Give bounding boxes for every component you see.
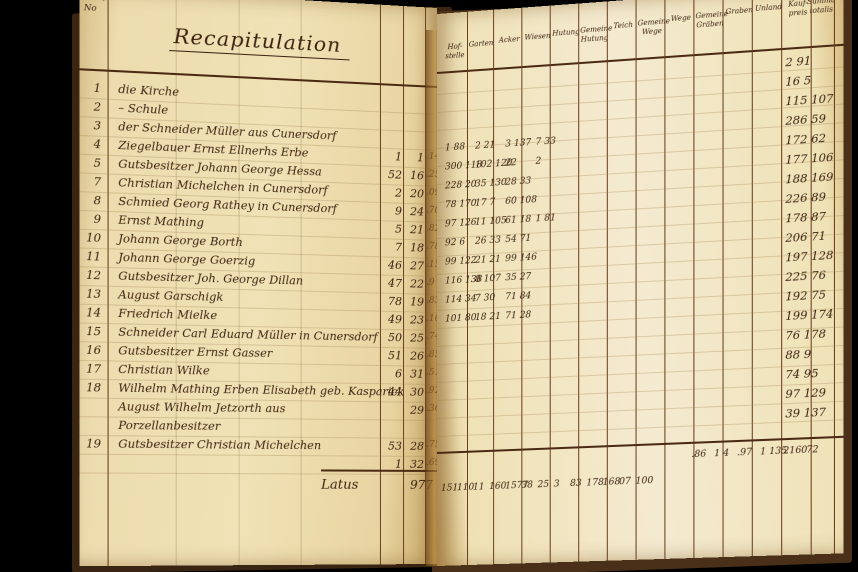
latus-value: 3: [554, 479, 560, 489]
column-header: Garten: [467, 38, 495, 49]
row-number: 13: [86, 287, 101, 301]
owner-name: Johann George Borth: [118, 232, 243, 249]
folio-no: 28: [404, 440, 424, 453]
folio-no: 19: [404, 295, 424, 309]
parcel-no: [382, 113, 402, 114]
cell-value: 1 81: [536, 213, 556, 224]
folio-no: [404, 114, 424, 115]
row-number: 17: [86, 362, 101, 376]
latus-value: 178: [586, 478, 604, 489]
cell-value: 7 30: [475, 293, 495, 304]
column-header-no: Lau-fende No: [84, 0, 128, 17]
cell-value: 71 28: [505, 310, 531, 321]
cell-value: 78 170: [445, 199, 477, 211]
cell-value: 35 130: [475, 178, 507, 190]
cell-value: 28 33: [505, 176, 531, 188]
row-number: 8: [86, 193, 101, 207]
owner-name: Porzellanbesitzer: [118, 419, 220, 433]
parcel-no: 44: [382, 385, 402, 398]
cell-value: 11 105: [475, 216, 507, 228]
cell-value: 1 88: [445, 142, 465, 153]
folio-no: 24: [404, 205, 424, 219]
row-number: 14: [86, 306, 101, 320]
row-number: 1: [86, 81, 101, 95]
folio-no: 1: [404, 151, 424, 165]
total-value: .97: [737, 448, 752, 459]
latus-value: 38: [521, 480, 533, 490]
cell-value: 114 34: [445, 294, 477, 306]
folio-no: [404, 96, 424, 97]
owner-name: Friedrich Mielke: [118, 307, 217, 323]
cell-value: 2: [536, 156, 542, 166]
cell-value: 7 33: [536, 136, 556, 147]
column-header: Wege: [666, 13, 695, 24]
owner-name: die Kirche: [118, 83, 179, 99]
folio-no: 22: [404, 277, 424, 291]
latus-value: 160: [489, 481, 506, 492]
right-page: Hof- stelleGartenAckerWiesenHutungGemein…: [437, 0, 843, 566]
column-header: Hof- stelle: [441, 42, 469, 62]
folio-no: 27: [404, 259, 424, 273]
latus-value: 83: [570, 479, 582, 490]
total-value: .86: [691, 449, 706, 460]
owner-name: – Schule: [118, 101, 168, 117]
owner-name: August Garschigk: [118, 288, 223, 304]
cell-value: 3 137: [505, 138, 531, 150]
row-number: 11: [86, 250, 101, 264]
column-header: Wiesen: [523, 31, 551, 42]
parcel-no: 47: [382, 276, 402, 290]
cell-value: 228 20: [445, 180, 477, 192]
summa-value: 16 5: [785, 74, 811, 89]
parcel-no: 1: [382, 150, 402, 164]
latus-label: Latus: [321, 478, 358, 493]
owner-name: Christian Wilke: [118, 363, 209, 378]
left-page: Lau-fende No Recapitulation 1die Kirche2…: [80, 0, 437, 566]
cell-value: 17 7: [475, 198, 495, 209]
parcel-no: [382, 132, 402, 133]
folio-no: 18: [404, 241, 424, 255]
parcel-no: 2: [382, 186, 402, 200]
header-text: No: [84, 2, 128, 17]
latus-value: 11: [473, 482, 484, 492]
row-number: 3: [86, 119, 101, 133]
column-header: Gemeine Wege: [638, 17, 667, 37]
summa-value: 97 129: [785, 386, 826, 401]
column-header: Unland: [754, 2, 783, 13]
total-value: 72: [806, 445, 818, 456]
summa-value: 76 178: [785, 327, 826, 342]
cell-value: 22: [505, 158, 517, 169]
latus-value: 168: [603, 477, 621, 488]
summa-value: 74 95: [785, 367, 818, 382]
total-value: 2160: [783, 445, 807, 456]
summa-value: 115 107: [785, 92, 833, 109]
parcel-no: 50: [382, 331, 402, 344]
owner-name: Ernst Mathing: [118, 213, 204, 229]
row-number: 9: [86, 212, 101, 226]
cell-value: 18 21: [475, 312, 501, 323]
folio-no: 30: [404, 386, 424, 399]
folio-no: 25: [404, 331, 424, 344]
cell-value: 61 18: [505, 215, 531, 227]
parcel-no: 7: [382, 240, 402, 254]
folio-no: 31: [404, 367, 424, 380]
page-title: Recapitulation: [169, 23, 349, 60]
column-header: Hutung: [552, 28, 580, 39]
row-number: 5: [86, 156, 101, 170]
ledger-row: 132.69: [80, 456, 437, 478]
cell-value: 21 21: [475, 254, 501, 265]
row-number: 4: [86, 137, 101, 151]
folio-no: 21: [404, 223, 424, 237]
cell-value: 101 80: [445, 313, 477, 325]
cell-value: 8 107: [475, 274, 501, 285]
owner-name: Gutsbesitzer Ernst Gasser: [118, 344, 272, 360]
column-header: Gemeine Hutung: [580, 24, 609, 44]
ledger-photo: Lau-fende No Recapitulation 1die Kirche2…: [0, 0, 858, 572]
parcel-no: 5: [382, 222, 402, 236]
row-number: 18: [86, 381, 101, 395]
cell-value: 92 6: [445, 237, 465, 248]
row-number: 10: [86, 231, 101, 245]
parcel-no: 78: [382, 295, 402, 309]
owner-name: Wilhelm Mathing Erben Elisabeth geb. Kas…: [118, 381, 404, 398]
parcel-no: 9: [382, 204, 402, 218]
cell-value: 99 146: [505, 252, 537, 264]
cell-value: 54 71: [505, 234, 531, 246]
row-number: 7: [86, 175, 101, 189]
parcel-no: 53: [382, 440, 402, 453]
cell-value: 26 33: [475, 235, 501, 246]
owner-name: Johann George Goerzig: [118, 251, 255, 268]
summa-value: 88 9: [785, 348, 811, 363]
parcel-no: 46: [382, 258, 402, 272]
summa-value: 39 137: [785, 406, 826, 421]
folio-no: 20: [404, 187, 424, 201]
latus-value: 100: [636, 476, 654, 487]
folio-no: 26: [404, 349, 424, 362]
parcel-no: [382, 95, 402, 96]
row-number: 12: [86, 268, 101, 282]
parcel-no: 6: [382, 367, 402, 380]
folio-no: 29: [404, 404, 424, 417]
latus-value: 110: [457, 483, 474, 494]
cell-value: 71 84: [505, 291, 531, 302]
cell-value: 2 21: [475, 140, 495, 151]
folio-no: [404, 133, 424, 134]
total-value: 1 4: [714, 449, 729, 460]
owner-name: August Wilhelm Jetzorth aus: [118, 400, 285, 415]
latus-value: 25: [538, 480, 550, 491]
column-headers: Hof- stelleGartenAckerWiesenHutungGemein…: [437, 0, 843, 14]
row-number: 2: [86, 100, 101, 114]
row-number: 15: [86, 325, 101, 339]
folio-no: 16: [404, 169, 424, 183]
owner-name: Gutsbesitzer Christian Michelchen: [118, 437, 321, 452]
cell-value: 97 126: [445, 218, 477, 230]
cell-value: 35 27: [505, 272, 531, 283]
cell-value: 99 122: [445, 256, 477, 268]
row-number: 19: [86, 437, 101, 451]
ledger-rows: 1die Kirche2– Schule3der Schneider Mülle…: [80, 0, 437, 8]
parcel-no: 51: [382, 349, 402, 362]
folio-no: 23: [404, 313, 424, 326]
latus-value: 151: [441, 483, 458, 494]
column-header: Gemeine Gräben: [695, 10, 724, 30]
cell-value: 60 108: [505, 195, 537, 207]
latus-value: 07: [619, 477, 631, 488]
column-header: Graben: [725, 6, 754, 17]
summa-value: 2 91: [785, 54, 811, 69]
parcel-no: 52: [382, 168, 402, 182]
row-number: 16: [86, 343, 101, 357]
parcel-no: 49: [382, 313, 402, 327]
column-header: Teich: [609, 20, 638, 31]
column-header: Acker: [495, 35, 523, 46]
